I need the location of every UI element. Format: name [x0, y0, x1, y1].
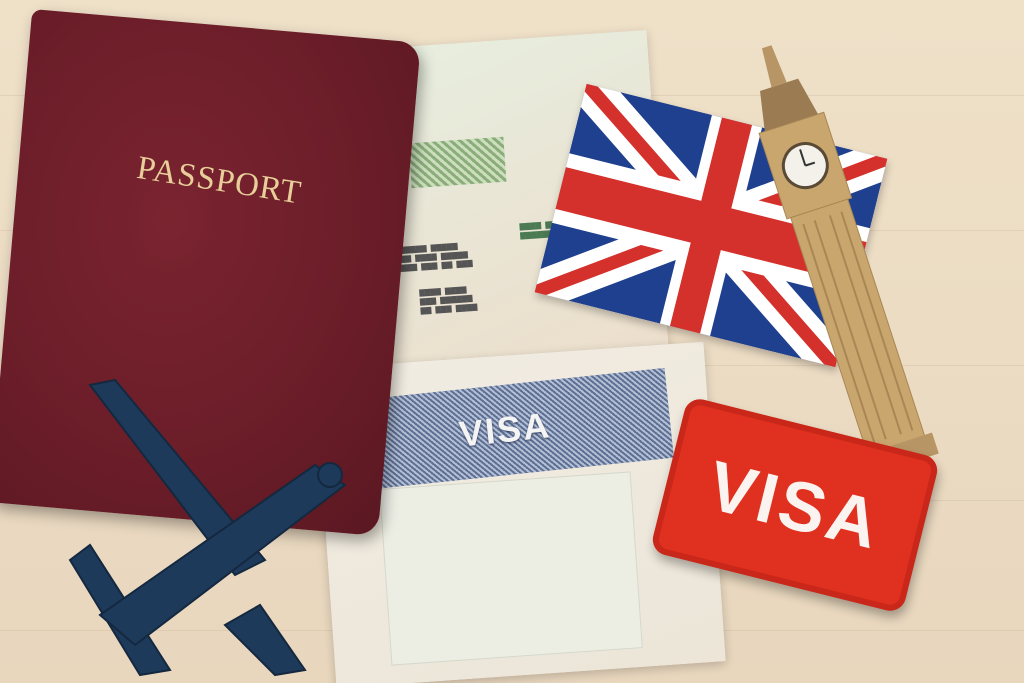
visa-stamp	[409, 137, 507, 189]
airplane-model	[60, 370, 360, 680]
fine-print: ▇▇▇▇▇▇ ▇▇▇▇▇▇▇▇ ▇▇▇▇ ▇▇▇▇▇▇▇▇▇ ▇▇▇ ▇▇ ▇▇…	[394, 242, 473, 274]
fine-print: ▇▇▇▇ ▇▇▇▇▇▇▇ ▇▇▇▇▇▇▇▇ ▇▇▇ ▇▇▇▇	[419, 286, 478, 317]
visa-banner-label: VISA	[457, 404, 553, 455]
visa-badge-label: VISA	[700, 445, 890, 565]
visa-photo-box	[379, 471, 643, 665]
big-ben-model	[735, 28, 985, 478]
